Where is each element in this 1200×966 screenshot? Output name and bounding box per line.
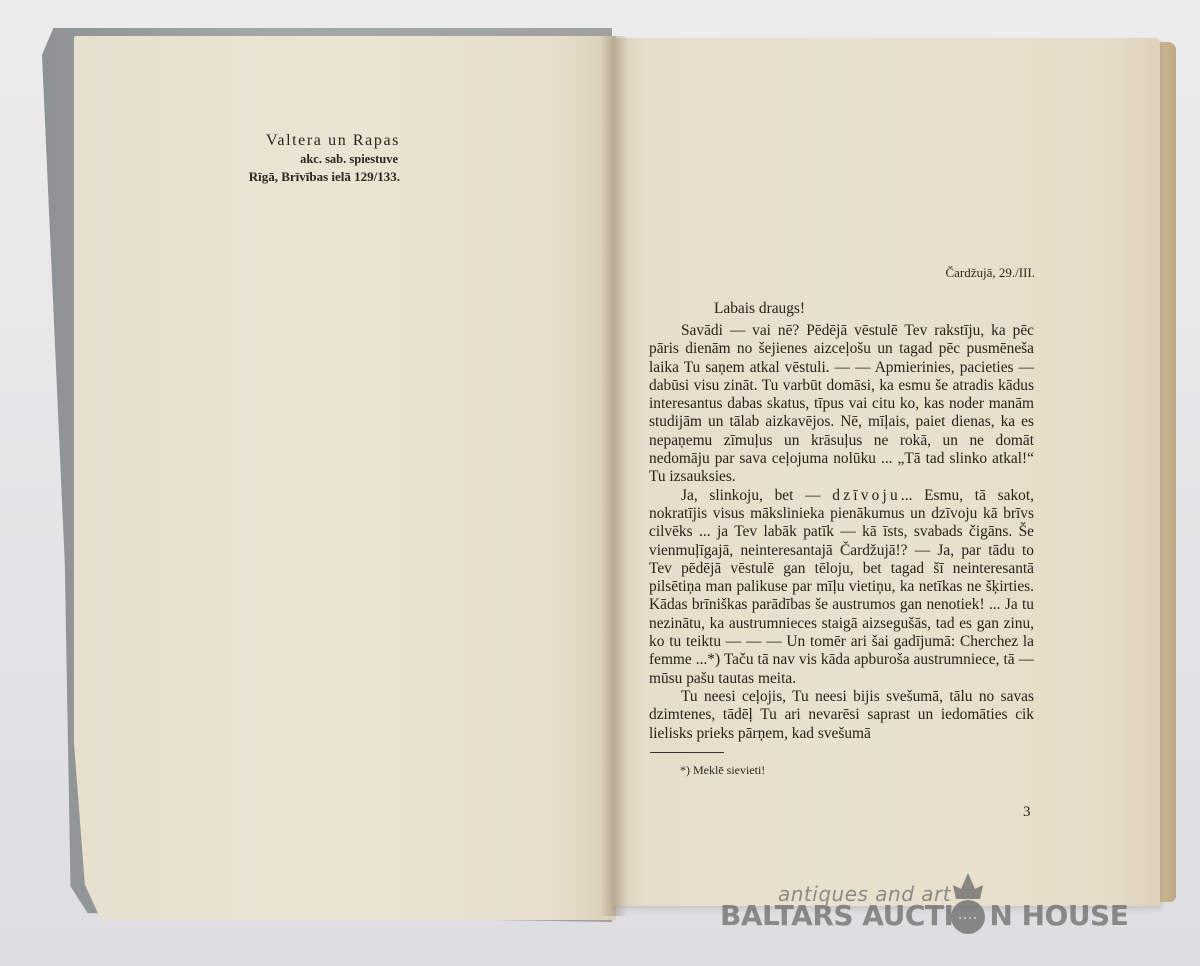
watermark-name-part1: BALTARS AUCTI [720, 899, 953, 932]
paragraph-start: Ja, slinkoju, bet — [681, 487, 821, 504]
page-number: 3 [1023, 804, 1031, 821]
letter-body: Savādi — vai nē? Pēdējā vēstulē Tev raks… [649, 322, 1034, 743]
letter-dateline: Čardžujā, 29./III. [880, 265, 1035, 281]
paragraph: Ja, slinkoju, bet — dzīvoju... Esmu, tā … [649, 487, 1034, 688]
paragraph: Savādi — vai nē? Pēdējā vēstulē Tev raks… [649, 322, 1034, 487]
footnote-divider [650, 752, 724, 753]
watermark-name-part2: N HOUSE [989, 899, 1128, 932]
imprint-printer-name: Valtera un Rapas [140, 131, 400, 151]
paragraph: Tu neesi ceļojis, Tu neesi bijis svešumā… [649, 688, 1034, 743]
watermark-name: BALTARS AUCTIN HOUSE [720, 899, 1128, 932]
paragraph-rest: ... Esmu, tā sakot, nokratījis visus māk… [649, 487, 1034, 687]
book-spine [600, 36, 628, 916]
imprint-address: Rīgā, Brīvības ielā 129/133. [140, 168, 400, 185]
printer-imprint: Valtera un Rapas akc. sab. spiestuve Rīg… [140, 131, 400, 185]
letter-salutation: Labais draugs! [714, 300, 805, 318]
footnote: *) Meklē sievieti! [680, 763, 765, 778]
emphasized-word: dzīvoju [832, 487, 901, 504]
imprint-company-type: akc. sab. spiestuve [140, 151, 400, 168]
crown-globe-icon [949, 871, 987, 935]
open-book: Valtera un Rapas akc. sab. spiestuve Rīg… [0, 0, 1200, 966]
